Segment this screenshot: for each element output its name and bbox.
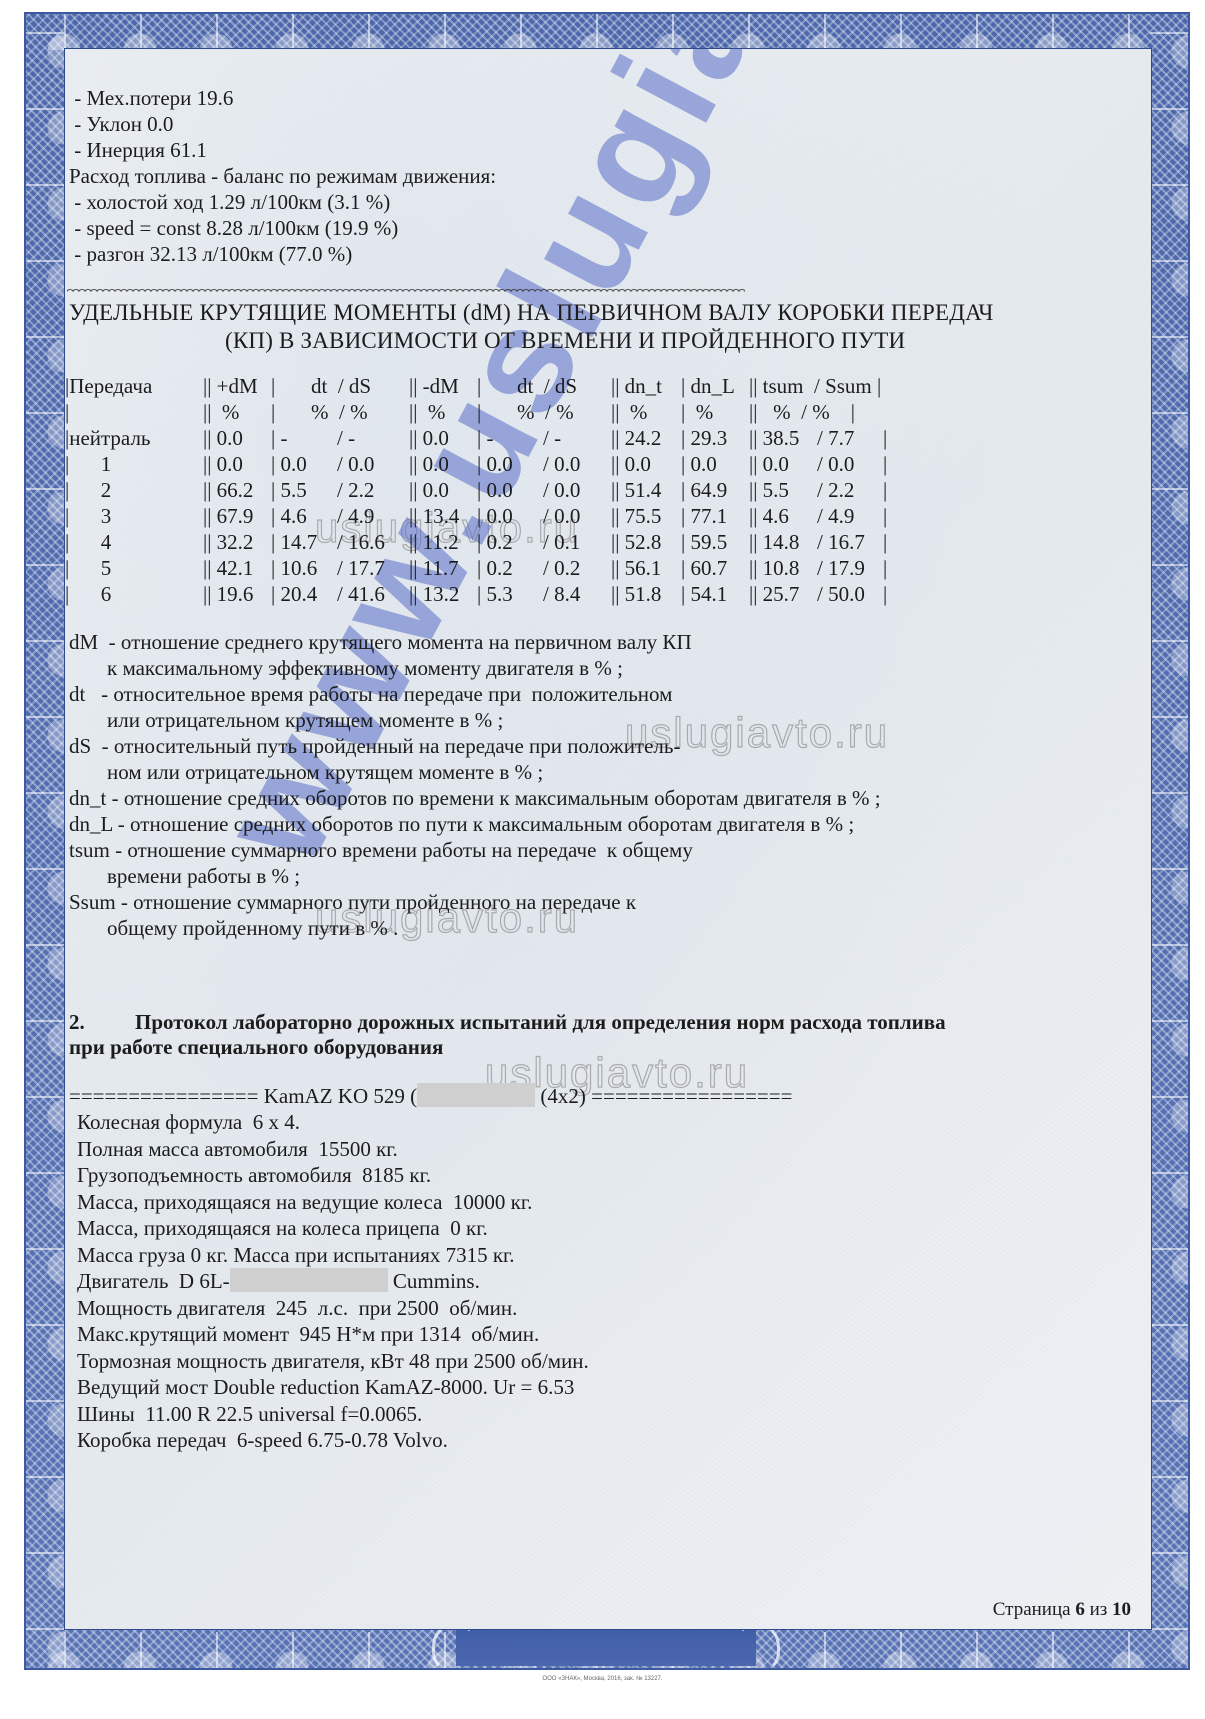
page-total: 10 xyxy=(1112,1599,1131,1620)
legend-item: dM - отношение среднего крутящего момент… xyxy=(69,629,692,655)
table-cell-dn-L: | 29.3 xyxy=(681,425,727,451)
spec-line: Макс.крутящий момент 945 Н*м при 1314 об… xyxy=(77,1321,539,1347)
table-row: | 4|| 32.2| 14.7/ 16.6|| 11.2| 0.2/ 0.1|… xyxy=(65,529,107,555)
table-cell-tsum: || 4.6 xyxy=(749,503,789,529)
table-row-end: | xyxy=(883,477,887,503)
table-cell-minus-dt: | 5.3 xyxy=(477,581,513,607)
spec-line: Коробка передач 6-speed 6.75-0.78 Volvo. xyxy=(77,1427,448,1453)
table-heading-line2: (КП) В ЗАВИСИМОСТИ ОТ ВРЕМЕНИ И ПРОЙДЕНН… xyxy=(225,327,905,355)
legend-item: tsum - отношение суммарного времени рабо… xyxy=(69,837,693,863)
vehicle-banner-left: ================ KamAZ KO 529 ( xyxy=(69,1084,417,1108)
table-cell-Ssum: / 2.2 xyxy=(817,477,854,503)
table-cell-plus-dt: | 20.4 xyxy=(271,581,317,607)
section-title-line1: Протокол лабораторно дорожных испытаний … xyxy=(135,1009,946,1035)
table-cell-minus-dS: / - xyxy=(543,425,561,451)
table-cell-plus-dS: / 16.6 xyxy=(337,529,385,555)
page-prefix: Страница xyxy=(993,1599,1076,1620)
redacted-block xyxy=(417,1083,535,1107)
table-cell-plus-dM: || 0.0 xyxy=(203,425,243,451)
header-cell: || % / % | xyxy=(749,399,855,425)
table-cell-dn-t: || 52.8 xyxy=(611,529,661,555)
table-cell-dn-t: || 0.0 xyxy=(611,451,651,477)
table-cell-Ssum: / 50.0 xyxy=(817,581,865,607)
table-cell-dn-L: | 64.9 xyxy=(681,477,727,503)
table-cell-dn-L: | 60.7 xyxy=(681,555,727,581)
header-cell: dt / dS xyxy=(517,373,577,399)
table-cell-plus-dM: || 67.9 xyxy=(203,503,253,529)
header-cell: % / % xyxy=(311,399,368,425)
header-cell: |Передача xyxy=(65,373,152,399)
header-cell: || +dM xyxy=(203,373,258,399)
table-row-end: | xyxy=(883,503,887,529)
table-cell-minus-dS: / 0.0 xyxy=(543,477,580,503)
table-cell-Ssum: / 4.9 xyxy=(817,503,854,529)
spec-line: Шины 11.00 R 22.5 universal f=0.0065. xyxy=(77,1401,422,1427)
table-cell-dn-t: || 51.4 xyxy=(611,477,661,503)
table-cell-Ssum: / 16.7 xyxy=(817,529,865,555)
table-cell-dn-t: || 24.2 xyxy=(611,425,661,451)
table-cell-gear: | 2 xyxy=(65,477,111,503)
header-cell: % / % xyxy=(517,399,574,425)
text-line: Расход топлива - баланс по режимам движе… xyxy=(69,163,496,189)
engine-maker: Cummins. xyxy=(388,1269,480,1293)
table-cell-minus-dS: / 0.0 xyxy=(543,503,580,529)
legend-item: Ssum - отношение суммарного пути пройден… xyxy=(69,889,636,915)
page-number: Страница 6 из 10 xyxy=(993,1597,1131,1623)
table-row: | 6|| 19.6| 20.4/ 41.6|| 13.2| 5.3/ 8.4|… xyxy=(65,581,107,607)
table-cell-plus-dt: | 14.7 xyxy=(271,529,317,555)
text-line: - холостой ход 1.29 л/100км (3.1 %) xyxy=(69,189,390,215)
table-cell-gear: | 4 xyxy=(65,529,111,555)
frame-right-border xyxy=(1150,14,1188,1668)
spec-line: Мощность двигателя 245 л.с. при 2500 об/… xyxy=(77,1295,517,1321)
table-cell-dn-L: | 0.0 xyxy=(681,451,717,477)
table-row-end: | xyxy=(883,581,887,607)
table-cell-plus-dM: || 32.2 xyxy=(203,529,253,555)
table-row-end: | xyxy=(883,425,887,451)
table-cell-minus-dS: / 0.0 xyxy=(543,451,580,477)
header-cell: | xyxy=(477,373,481,399)
table-cell-plus-dt: | 4.6 xyxy=(271,503,307,529)
table-cell-gear: | 3 xyxy=(65,503,111,529)
printer-note: ООО «ЗНАК», Москва, 2016, зак. № 13227. xyxy=(0,1676,1205,1682)
frame-bottom-plaque xyxy=(456,1625,756,1666)
spec-line-engine: Двигатель D 6L- Cummins. xyxy=(77,1268,480,1294)
table-row: | 3|| 67.9| 4.6/ 4.9|| 13.4| 0.0/ 0.0|| … xyxy=(65,503,107,529)
header-cell: || % xyxy=(409,399,445,425)
engine-model-prefix: Двигатель D 6L- xyxy=(77,1269,230,1293)
header-cell: dt / dS xyxy=(311,373,371,399)
table-header-row: | || % | % / % || % | % / % || % | % || … xyxy=(65,399,107,425)
table-cell-plus-dt: | 10.6 xyxy=(271,555,317,581)
table-cell-dn-L: | 54.1 xyxy=(681,581,727,607)
redacted-block xyxy=(230,1268,388,1292)
table-cell-tsum: || 0.0 xyxy=(749,451,789,477)
table-cell-minus-dS: / 8.4 xyxy=(543,581,580,607)
table-cell-minus-dM: || 0.0 xyxy=(409,451,449,477)
table-cell-Ssum: / 17.9 xyxy=(817,555,865,581)
table-cell-minus-dt: | 0.0 xyxy=(477,503,513,529)
table-body: |нейтраль|| 0.0| -/ -|| 0.0| -/ -|| 24.2… xyxy=(65,425,107,607)
table-row: |нейтраль|| 0.0| -/ -|| 0.0| -/ -|| 24.2… xyxy=(65,425,107,451)
table-cell-minus-dt: | 0.0 xyxy=(477,477,513,503)
table-cell-dn-L: | 59.5 xyxy=(681,529,727,555)
table-cell-minus-dM: || 13.4 xyxy=(409,503,459,529)
header-cell: | xyxy=(65,399,69,425)
header-cell: | xyxy=(477,399,481,425)
wavy-divider xyxy=(67,285,745,293)
table-cell-minus-dt: | 0.2 xyxy=(477,555,513,581)
frame-left-border xyxy=(26,14,64,1668)
page-current: 6 xyxy=(1075,1599,1085,1620)
table-cell-minus-dt: | 0.2 xyxy=(477,529,513,555)
section-number: 2. xyxy=(69,1009,85,1035)
legend-item-continuation: времени работы в % ; xyxy=(107,863,300,889)
table-cell-plus-dM: || 0.0 xyxy=(203,451,243,477)
table-cell-plus-dt: | 5.5 xyxy=(271,477,307,503)
table-cell-plus-dS: / 4.9 xyxy=(337,503,374,529)
table-cell-plus-dS: / 2.2 xyxy=(337,477,374,503)
table-cell-tsum: || 38.5 xyxy=(749,425,799,451)
table-cell-dn-L: | 77.1 xyxy=(681,503,727,529)
table-cell-tsum: || 25.7 xyxy=(749,581,799,607)
spec-line: Колесная формула 6 х 4. xyxy=(77,1109,300,1135)
table-cell-plus-dS: / - xyxy=(337,425,355,451)
spec-line: Масса груза 0 кг. Масса при испытаниях 7… xyxy=(77,1242,515,1268)
header-cell: | dn_L xyxy=(681,373,735,399)
table-cell-plus-dM: || 66.2 xyxy=(203,477,253,503)
page-middle: из xyxy=(1085,1599,1112,1620)
document-page: uslugiavto.ru uslugiavto.ru uslugiavto.r… xyxy=(64,48,1152,1630)
gear-torque-table: |Передача || +dM | dt / dS || -dM | dt /… xyxy=(65,373,107,607)
table-header-row: |Передача || +dM | dt / dS || -dM | dt /… xyxy=(65,373,107,399)
vehicle-banner-right: (4x2) ================= xyxy=(535,1084,792,1108)
table-cell-plus-dM: || 42.1 xyxy=(203,555,253,581)
table-cell-gear: | 6 xyxy=(65,581,111,607)
table-cell-tsum: || 5.5 xyxy=(749,477,789,503)
frame-top-border xyxy=(26,14,1188,50)
document-content: - Мех.потери 19.6 - Уклон 0.0 - Инерция … xyxy=(65,49,1151,1629)
header-cell: | xyxy=(271,373,275,399)
table-cell-plus-dt: | - xyxy=(271,425,287,451)
legend-item: dt - относительное время работы на перед… xyxy=(69,681,672,707)
table-row: | 5|| 42.1| 10.6/ 17.7|| 11.7| 0.2/ 0.2|… xyxy=(65,555,107,581)
table-cell-dn-t: || 51.8 xyxy=(611,581,661,607)
legend-item: dn_t - отношение средних оборотов по вре… xyxy=(69,785,881,811)
spec-line: Грузоподъемность автомобиля 8185 кг. xyxy=(77,1162,431,1188)
text-line: - Уклон 0.0 xyxy=(69,111,173,137)
table-cell-minus-dt: | 0.0 xyxy=(477,451,513,477)
table-cell-minus-dM: || 0.0 xyxy=(409,477,449,503)
table-cell-minus-dM: || 0.0 xyxy=(409,425,449,451)
header-cell: | % xyxy=(681,399,713,425)
table-cell-minus-dM: || 13.2 xyxy=(409,581,459,607)
legend-item-continuation: ном или отрицательном крутящем моменте в… xyxy=(107,759,543,785)
header-cell: || dn_t xyxy=(611,373,662,399)
table-cell-minus-dM: || 11.7 xyxy=(409,555,459,581)
table-cell-tsum: || 10.8 xyxy=(749,555,799,581)
table-cell-minus-dM: || 11.2 xyxy=(409,529,459,555)
table-row: | 1|| 0.0| 0.0/ 0.0|| 0.0| 0.0/ 0.0|| 0.… xyxy=(65,451,107,477)
table-row-end: | xyxy=(883,529,887,555)
text-line: - speed = const 8.28 л/100км (19.9 %) xyxy=(69,215,398,241)
table-cell-plus-dS: / 17.7 xyxy=(337,555,385,581)
vehicle-banner: ================ KamAZ KO 529 ( (4x2) ==… xyxy=(69,1083,792,1109)
table-cell-minus-dS: / 0.2 xyxy=(543,555,580,581)
table-cell-gear: | 5 xyxy=(65,555,111,581)
table-cell-minus-dS: / 0.1 xyxy=(543,529,580,555)
table-row-end: | xyxy=(883,555,887,581)
table-row-end: | xyxy=(883,451,887,477)
text-line: - разгон 32.13 л/100км (77.0 %) xyxy=(69,241,352,267)
spec-line: Масса, приходящаяся на ведущие колеса 10… xyxy=(77,1189,532,1215)
table-cell-plus-dS: / 0.0 xyxy=(337,451,374,477)
table-cell-plus-dt: | 0.0 xyxy=(271,451,307,477)
legend-item-continuation: к максимальному эффективному моменту дви… xyxy=(107,655,623,681)
legend-item-continuation: общему пройденному пути в % . xyxy=(107,915,398,941)
spec-line: Ведущий мост Double reduction KamAZ-8000… xyxy=(77,1374,574,1400)
header-cell: || % xyxy=(203,399,239,425)
spec-line: Тормозная мощность двигателя, кВт 48 при… xyxy=(77,1348,589,1374)
table-heading-line1: УДЕЛЬНЫЕ КРУТЯЩИЕ МОМЕНТЫ (dM) НА ПЕРВИЧ… xyxy=(69,299,994,327)
legend-item: dS - относительный путь пройденный на пе… xyxy=(69,733,680,759)
header-cell: || -dM xyxy=(409,373,459,399)
section-title-line2: при работе специального оборудования xyxy=(69,1034,443,1060)
table-cell-dn-t: || 56.1 xyxy=(611,555,661,581)
table-cell-plus-dS: / 41.6 xyxy=(337,581,385,607)
table-cell-Ssum: / 0.0 xyxy=(817,451,854,477)
spec-line: Полная масса автомобиля 15500 кг. xyxy=(77,1136,398,1162)
table-cell-plus-dM: || 19.6 xyxy=(203,581,253,607)
header-cell: || % xyxy=(611,399,647,425)
table-cell-gear: |нейтраль xyxy=(65,425,151,451)
table-row: | 2|| 66.2| 5.5/ 2.2|| 0.0| 0.0/ 0.0|| 5… xyxy=(65,477,107,503)
legend-item-continuation: или отрицательном крутящем моменте в % ; xyxy=(107,707,503,733)
table-cell-gear: | 1 xyxy=(65,451,111,477)
header-cell: | xyxy=(271,399,275,425)
header-cell: || tsum / Ssum | xyxy=(749,373,881,399)
table-cell-dn-t: || 75.5 xyxy=(611,503,661,529)
table-cell-Ssum: / 7.7 xyxy=(817,425,854,451)
legend-item: dn_L - отношение средних оборотов по пут… xyxy=(69,811,854,837)
table-cell-tsum: || 14.8 xyxy=(749,529,799,555)
text-line: - Инерция 61.1 xyxy=(69,137,207,163)
text-line: - Мех.потери 19.6 xyxy=(69,85,233,111)
spec-line: Масса, приходящаяся на колеса прицепа 0 … xyxy=(77,1215,488,1241)
table-cell-minus-dt: | - xyxy=(477,425,493,451)
